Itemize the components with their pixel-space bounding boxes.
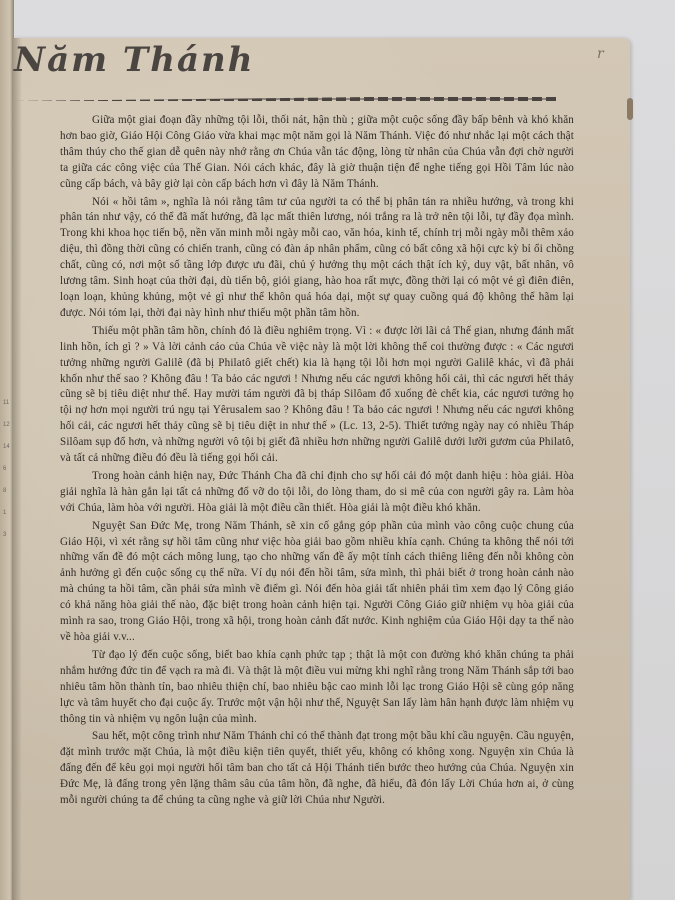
page-gutter-shadow bbox=[12, 38, 22, 900]
paragraph: Sau hết, một công trình như Năm Thánh ch… bbox=[60, 729, 574, 809]
paragraph: Nói « hồi tâm », nghĩa là nói rằng tâm t… bbox=[60, 195, 574, 322]
pencil-annotation: r bbox=[597, 46, 604, 62]
paragraph: Thiếu một phần tâm hồn, chính đó là điều… bbox=[60, 324, 574, 467]
paragraph: Nguyệt San Đức Mẹ, trong Năm Thánh, sẽ x… bbox=[60, 519, 574, 646]
paragraph: Từ đạo lý đến cuộc sống, biết bao khía c… bbox=[60, 648, 574, 728]
article-body: Giữa một giai đoạn đầy những tội lỗi, th… bbox=[60, 113, 574, 811]
paragraph: Giữa một giai đoạn đầy những tội lỗi, th… bbox=[60, 113, 574, 193]
page-title: Năm Thánh bbox=[14, 40, 254, 80]
page-tab-mark bbox=[627, 98, 633, 120]
magazine-page: Năm Thánh r Giữa một giai đoạn đầy những… bbox=[12, 38, 630, 900]
decorative-divider bbox=[14, 95, 556, 104]
paragraph: Trong hoàn cảnh hiện nay, Đức Thánh Cha … bbox=[60, 469, 574, 517]
